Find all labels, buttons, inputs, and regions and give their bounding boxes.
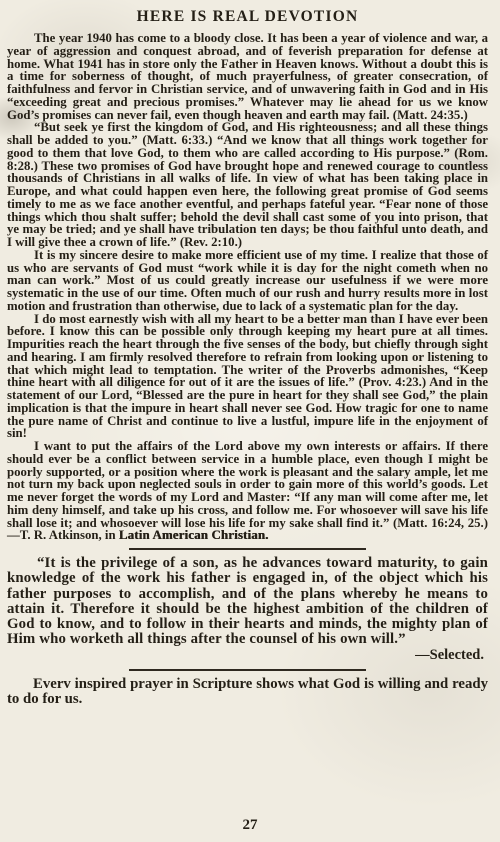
footer-note: Everv inspired prayer in Scripture shows… <box>7 677 488 708</box>
article-body: The year 1940 has come to a bloody close… <box>7 32 488 542</box>
article-closing-paragraph: I want to put the affairs of the Lord ab… <box>7 440 488 542</box>
article-paragraph-2: “But seek ye first the kingdom of God, a… <box>7 121 488 249</box>
selected-quote-block: “It is the privilege of a son, as he adv… <box>7 556 488 663</box>
closing-paragraph-text: I want to put the affairs of the Lord ab… <box>7 439 488 542</box>
article-paragraph-4: I do most earnestly wish with all my hea… <box>7 313 488 441</box>
page-title: HERE IS REAL DEVOTION <box>7 9 488 25</box>
article-paragraph-1: The year 1940 has come to a bloody close… <box>7 32 488 121</box>
scanned-page: HERE IS REAL DEVOTION The year 1940 has … <box>0 0 500 842</box>
quote-attribution: —Selected. <box>7 648 488 663</box>
section-divider-top <box>129 548 366 550</box>
publication-name: Latin American Christian. <box>119 528 269 542</box>
article-paragraph-3: It is my sincere desire to make more eff… <box>7 249 488 313</box>
page-number: 27 <box>0 817 500 833</box>
section-divider-bottom <box>129 669 366 671</box>
quote-text: “It is the privilege of a son, as he adv… <box>7 556 488 648</box>
